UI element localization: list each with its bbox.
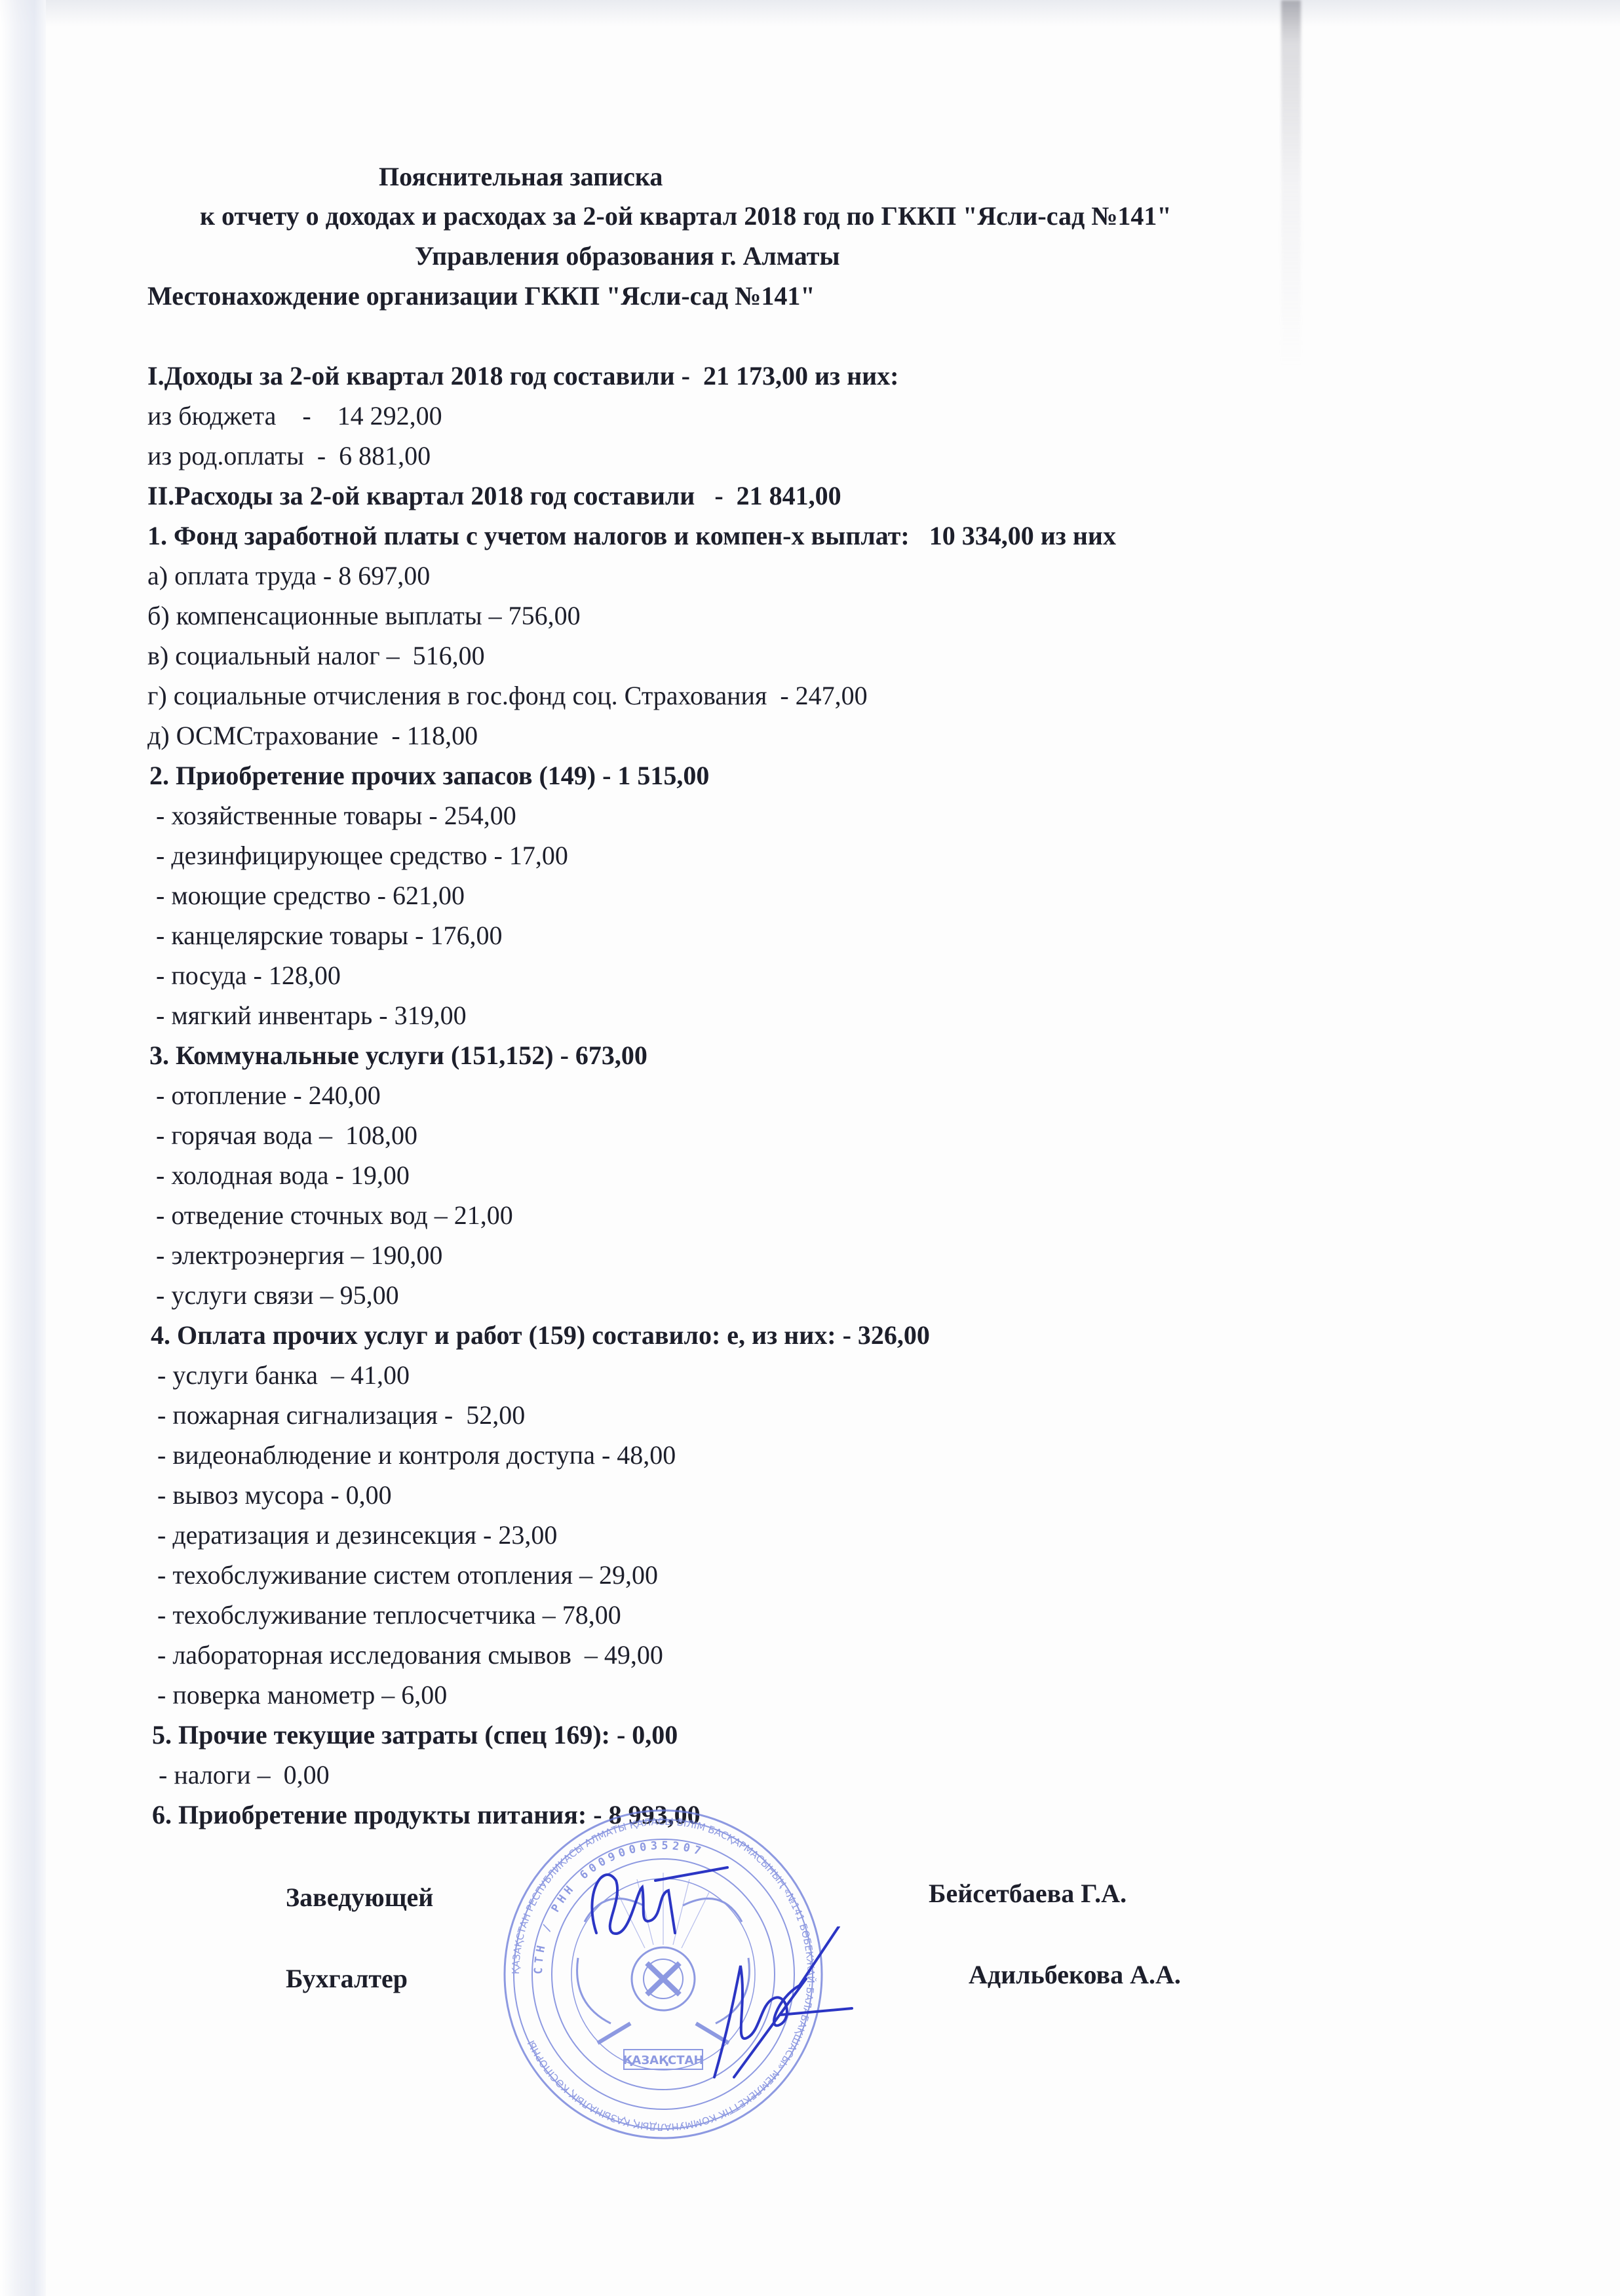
section-4-item: - техобслуживание систем отопления – 29,…: [151, 1559, 658, 1591]
department-name: Управления образования г. Алматы: [415, 240, 840, 272]
section-2-item: - посуда - 128,00: [149, 960, 341, 991]
section-4-item: - видеонаблюдение и контроля доступа - 4…: [151, 1440, 676, 1471]
section-1-item: г) социальные отчисления в гос.фонд соц.…: [147, 680, 868, 712]
section-4-item: - лабораторная исследования смывов – 49,…: [151, 1639, 663, 1671]
document-subtitle: к отчету о доходах и расходах за 2-ой кв…: [200, 201, 1172, 232]
section-heading-5: 5. Прочие текущие затраты (спец 169): - …: [152, 1719, 678, 1751]
scan-streak: [1281, 0, 1301, 367]
section-heading-3: 3. Коммунальные услуги (151,152) - 673,0…: [149, 1040, 647, 1071]
section-4-item: - поверка манометр – 6,00: [151, 1679, 447, 1711]
section-1-item: б) компенсационные выплаты – 756,00: [147, 600, 581, 632]
scan-shading-top: [0, 0, 1620, 26]
section-2-item: - канцелярские товары - 176,00: [149, 920, 502, 951]
head-name: Бейсетбаева Г.А.: [929, 1878, 1127, 1909]
income-item: из род.оплаты - 6 881,00: [147, 440, 431, 472]
accountant-title: Бухгалтер: [286, 1963, 408, 1995]
section-heading-4: 4. Оплата прочих услуг и работ (159) сос…: [151, 1320, 930, 1351]
svg-text:ҚАЗАҚСТАН: ҚАЗАҚСТАН: [623, 2054, 703, 2067]
expenses-heading: II.Расходы за 2-ой квартал 2018 год сост…: [147, 480, 841, 512]
section-3-item: - горячая вода – 108,00: [149, 1120, 417, 1151]
organization-location: Местонахождение организации ГККП "Ясли-с…: [147, 280, 815, 312]
section-1-item: в) социальный налог – 516,00: [147, 640, 485, 672]
section-3-item: - отведение сточных вод – 21,00: [149, 1200, 513, 1231]
section-2-item: - дезинфицирующее средство - 17,00: [149, 840, 568, 871]
section-4-item: - вывоз мусора - 0,00: [151, 1480, 392, 1511]
scan-shading-left: [0, 0, 46, 2296]
section-1-item: д) ОСМСтрахование - 118,00: [147, 720, 478, 752]
document-title: Пояснительная записка: [379, 161, 663, 193]
section-3-item: - отопление - 240,00: [149, 1080, 381, 1111]
section-heading-1: 1. Фонд заработной платы с учетом налого…: [147, 520, 1116, 552]
section-3-item: - услуги связи – 95,00: [149, 1280, 399, 1311]
income-item: из бюджета - 14 292,00: [147, 400, 442, 432]
section-4-item: - услуги банка – 41,00: [151, 1360, 410, 1391]
section-4-item: - техобслуживание теплосчетчика – 78,00: [151, 1599, 621, 1631]
section-4-item: - пожарная сигнализация - 52,00: [151, 1400, 525, 1431]
section-heading-2: 2. Приобретение прочих запасов (149) - 1…: [149, 760, 709, 792]
income-heading: I.Доходы за 2-ой квартал 2018 год состав…: [147, 360, 899, 392]
accountant-name: Адильбекова А.А.: [969, 1959, 1181, 1991]
section-3-item: - электроэнергия – 190,00: [149, 1240, 442, 1271]
section-2-item: - мягкий инвентарь - 319,00: [149, 1000, 467, 1031]
head-title: Заведующей: [286, 1882, 433, 1913]
section-4-item: - дератизация и дезинсекция - 23,00: [151, 1520, 557, 1551]
accountant-signature-icon: [695, 1926, 865, 2090]
section-1-item: а) оплата труда - 8 697,00: [147, 560, 430, 592]
section-2-item: - моющие средство - 621,00: [149, 880, 465, 911]
section-2-item: - хозяйственные товары - 254,00: [149, 800, 516, 832]
section-3-item: - холодная вода - 19,00: [149, 1160, 410, 1191]
section-5-item: - налоги – 0,00: [152, 1759, 330, 1791]
